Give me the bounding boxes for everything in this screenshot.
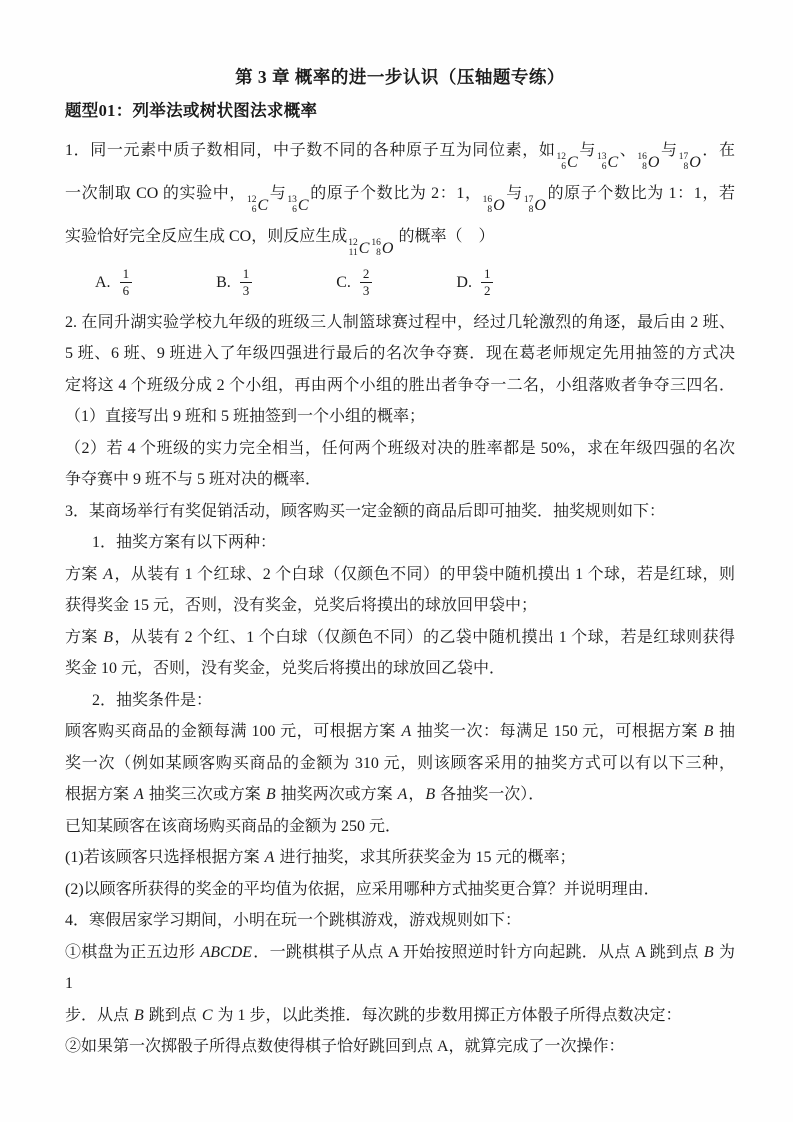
isotope-numbers: 168 bbox=[637, 153, 647, 173]
problem-3-rule-1: 1．抽奖方案有以下两种： bbox=[65, 527, 735, 559]
text-run: 步．从点 bbox=[65, 1007, 133, 1024]
fraction-denominator: 2 bbox=[481, 282, 494, 299]
fraction-numerator: 1 bbox=[240, 266, 253, 282]
option-label: C. bbox=[336, 274, 351, 292]
fraction-denominator: 6 bbox=[120, 282, 133, 299]
text-run: 与 bbox=[269, 185, 286, 202]
isotope-notation: 178O bbox=[524, 196, 546, 216]
problem-3-plan-a-line-2: 获得奖金 15 元，否则，没有奖金，兑奖后将摸出的球放回甲袋中； bbox=[65, 590, 735, 622]
text-run: 1．同一元素中质子数相同，中子数不同的各种原子互为同位素，如 bbox=[65, 142, 556, 159]
math-variable: A bbox=[397, 786, 409, 803]
text-run: 方案 bbox=[65, 629, 102, 646]
problem-3-cond-line-3: 根据方案 A 抽奖三次或方案 B 抽奖两次或方案 A，B 各抽奖一次）． bbox=[65, 779, 735, 811]
problem-4-rule-1-line-1: ①棋盘为正五边形 ABCDE．一跳棋棋子从点 A 开始按照逆时针方向起跳．从点 … bbox=[65, 937, 735, 1000]
text-run: ， bbox=[408, 786, 424, 803]
fraction: 13 bbox=[240, 266, 253, 300]
isotope-notation: 136C bbox=[597, 153, 618, 173]
problem-1-line-2: 一次制取 CO 的实验中，126C与136C的原子个数比为 2：1，168O与1… bbox=[65, 173, 735, 216]
text-run: 进行抽奖，求其所获奖金为 15 元的概率； bbox=[275, 849, 575, 866]
option-item-d: D.12 bbox=[456, 266, 493, 300]
problem-3-plan-b-line-1: 方案 B，从装有 2 个红、1 个白球（仅颜色不同）的乙袋中随机摸出 1 个球，… bbox=[65, 622, 735, 654]
math-variable: C bbox=[201, 1007, 214, 1024]
problem-2-part-1: （1）直接写出 9 班和 5 班抽签到一个小组的概率； bbox=[65, 401, 735, 433]
text-run: 与 bbox=[506, 185, 523, 202]
text-run: 获得奖金 15 元，否则，没有奖金，兑奖后将摸出的球放回甲袋中； bbox=[65, 597, 537, 614]
text-run: 的原子个数比为 1：1，若 bbox=[547, 185, 735, 202]
math-variable: A bbox=[400, 723, 412, 740]
math-variable: A bbox=[102, 566, 114, 583]
isotope-numbers: 126 bbox=[247, 196, 257, 216]
problem-3-known: 已知某顾客在该商场购买商品的金额为 250 元． bbox=[65, 811, 735, 843]
text-run: 3．某商场举行有奖促销活动，顾客购买一定金额的商品后即可抽奖．抽奖规则如下： bbox=[65, 503, 665, 520]
isotope-element: O bbox=[534, 198, 546, 214]
problem-2-line-3: 定将这 4 个班级分成 2 个小组，再由两个小组的胜出者争夺一二名，小组落败者争… bbox=[65, 370, 735, 402]
text-run: ．一跳棋棋子从点 A 开始按照逆时针方向起跳．从点 A 跳到点 bbox=[253, 944, 703, 961]
math-variable: B bbox=[265, 786, 277, 803]
problem-3-rule-2: 2．抽奖条件是： bbox=[65, 685, 735, 717]
text-run: 抽奖两次或方案 bbox=[277, 786, 397, 803]
isotope-notation: 136C bbox=[287, 196, 308, 216]
isotope-notation: 168O bbox=[483, 196, 505, 216]
isotope-numbers: 136 bbox=[287, 196, 297, 216]
fraction: 12 bbox=[481, 266, 494, 300]
text-run: 定将这 4 个班级分成 2 个小组，再由两个小组的胜出者争夺一二名，小组落败者争… bbox=[65, 377, 735, 394]
text-run: 实验恰好完全反应生成 CO，则反应生成 bbox=[65, 228, 347, 245]
problem-3-line-1: 3．某商场举行有奖促销活动，顾客购买一定金额的商品后即可抽奖．抽奖规则如下： bbox=[65, 496, 735, 528]
text-run: 抽奖三次或方案 bbox=[145, 786, 265, 803]
option-label: A. bbox=[95, 274, 111, 292]
isotope-element: C bbox=[298, 198, 309, 214]
isotope-numbers: 178 bbox=[679, 153, 689, 173]
problem-4-line-1: 4．寒假居家学习期间，小明在玩一个跳棋游戏，游戏规则如下： bbox=[65, 905, 735, 937]
isotope-element: C bbox=[607, 155, 618, 171]
option-item-c: C.23 bbox=[336, 266, 372, 300]
text-run: 的原子个数比为 2：1， bbox=[310, 185, 482, 202]
fraction-numerator: 2 bbox=[360, 266, 373, 282]
text-run: 奖一次（例如某顾客购买商品的金额为 310 元，则该顾客采用的抽奖方式可以有以下… bbox=[65, 755, 735, 772]
isotope-notation: 168O bbox=[371, 239, 393, 259]
document-page: 第 3 章 概率的进一步认识（压轴题专练） 题型01：列举法或树状图法求概率 1… bbox=[0, 0, 793, 1122]
problem-3-cond-line-1: 顾客购买商品的金额每满 100 元，可根据方案 A 抽奖一次：每满足 150 元… bbox=[65, 716, 735, 748]
problem-3-plan-b-line-2: 奖金 10 元，否则，没有奖金，兑奖后将摸出的球放回乙袋中． bbox=[65, 653, 735, 685]
fraction-numerator: 1 bbox=[120, 266, 133, 282]
isotope-element: O bbox=[382, 241, 394, 257]
document-title: 第 3 章 概率的进一步认识（压轴题专练） bbox=[65, 60, 735, 94]
text-run: ，从装有 1 个红球、2 个白球（仅颜色不同）的甲袋中随机摸出 1 个球，若是红… bbox=[114, 566, 735, 583]
option-label: B. bbox=[216, 274, 231, 292]
text-run: （1）直接写出 9 班和 5 班抽签到一个小组的概率； bbox=[65, 408, 425, 425]
problem-2-line-2: 5 班、6 班、9 班进入了年级四强进行最后的名次争夺赛．现在葛老师规定先用抽签… bbox=[65, 338, 735, 370]
text-run: 一次制取 CO 的实验中， bbox=[65, 185, 246, 202]
text-run: ，从装有 2 个红、1 个白球（仅颜色不同）的乙袋中随机摸出 1 个球，若是红球… bbox=[114, 629, 735, 646]
math-variable: B bbox=[102, 629, 114, 646]
text-run: 2．抽奖条件是： bbox=[92, 692, 212, 709]
problem-2-part-2-line-1: （2）若 4 个班级的实力完全相当，任何两个班级对决的胜率都是 50%，求在年级… bbox=[65, 433, 735, 465]
text-run: 抽 bbox=[714, 723, 735, 740]
text-run: 为 1 步，以此类推．每次跳的步数用掷正方体骰子所得点数决定： bbox=[213, 1007, 681, 1024]
text-run: ．在 bbox=[702, 142, 735, 159]
isotope-atomic-number: 8 bbox=[376, 249, 381, 259]
text-run: 已知某顾客在该商场购买商品的金额为 250 元． bbox=[65, 818, 401, 835]
isotope-numbers: 126 bbox=[557, 153, 567, 173]
problem-4-rule-1-line-2: 步．从点 B 跳到点 C 为 1 步，以此类推．每次跳的步数用掷正方体骰子所得点… bbox=[65, 1000, 735, 1032]
math-variable: B bbox=[703, 723, 715, 740]
isotope-notation: 126C bbox=[557, 153, 578, 173]
text-run: 各抽奖一次）． bbox=[436, 786, 544, 803]
isotope-atomic-number: 8 bbox=[529, 206, 534, 216]
isotope-notation: 178O bbox=[679, 153, 701, 173]
text-run: 与 bbox=[579, 142, 596, 159]
text-run: 5 班、6 班、9 班进入了年级四强进行最后的名次争夺赛．现在葛老师规定先用抽签… bbox=[65, 345, 735, 362]
math-variable: B bbox=[424, 786, 436, 803]
problem-1-line-3: 实验恰好完全反应生成 CO，则反应生成1211C168O 的概率（ ） bbox=[65, 216, 735, 259]
text-run: 争夺赛中 9 班不与 5 班对决的概率． bbox=[65, 471, 321, 488]
problem-2-line-1: 2. 在同升湖实验学校九年级的班级三人制篮球赛过程中，经过几轮激烈的角逐，最后由… bbox=[65, 307, 735, 339]
isotope-numbers: 178 bbox=[524, 196, 534, 216]
problem-4-rule-2: ②如果第一次掷骰子所得点数使得棋子恰好跳回到点 A，就算完成了一次操作： bbox=[65, 1031, 735, 1063]
fraction: 16 bbox=[120, 266, 133, 300]
isotope-numbers: 1211 bbox=[348, 239, 358, 259]
fraction-denominator: 3 bbox=[240, 282, 253, 299]
isotope-element: C bbox=[567, 155, 578, 171]
isotope-atomic-number: 8 bbox=[487, 206, 492, 216]
isotope-element: C bbox=[359, 241, 370, 257]
isotope-atomic-number: 8 bbox=[683, 163, 688, 173]
isotope-numbers: 136 bbox=[597, 153, 607, 173]
isotope-element: C bbox=[258, 198, 269, 214]
section-heading: 题型01：列举法或树状图法求概率 bbox=[65, 94, 735, 128]
text-run: 的概率（ ） bbox=[394, 228, 494, 245]
isotope-atomic-number: 8 bbox=[642, 163, 647, 173]
isotope-notation: 168O bbox=[637, 153, 659, 173]
isotope-atomic-number: 6 bbox=[561, 163, 566, 173]
option-label: D. bbox=[456, 274, 472, 292]
isotope-notation: 1211C bbox=[348, 239, 369, 259]
math-variable: ABCDE bbox=[199, 944, 253, 961]
fraction-denominator: 3 bbox=[360, 282, 373, 299]
text-run: 方案 bbox=[65, 566, 102, 583]
isotope-atomic-number: 11 bbox=[349, 249, 358, 259]
isotope-element: O bbox=[689, 155, 701, 171]
problem-1-line-1: 1．同一元素中质子数相同，中子数不同的各种原子互为同位素，如126C与136C、… bbox=[65, 130, 735, 173]
text-run: 4．寒假居家学习期间，小明在玩一个跳棋游戏，游戏规则如下： bbox=[65, 912, 521, 929]
text-run: 顾客购买商品的金额每满 100 元，可根据方案 bbox=[65, 723, 400, 740]
isotope-numbers: 168 bbox=[371, 239, 381, 259]
fraction-numerator: 1 bbox=[481, 266, 494, 282]
math-variable: B bbox=[703, 944, 715, 961]
text-run: (1)若该顾客只选择根据方案 bbox=[65, 849, 264, 866]
isotope-atomic-number: 6 bbox=[602, 163, 607, 173]
text-run: 根据方案 bbox=[65, 786, 133, 803]
text-run: 抽奖一次：每满足 150 元，可根据方案 bbox=[412, 723, 702, 740]
text-run: ②如果第一次掷骰子所得点数使得棋子恰好跳回到点 A，就算完成了一次操作： bbox=[65, 1038, 625, 1055]
text-run: 2. 在同升湖实验学校九年级的班级三人制篮球赛过程中，经过几轮激烈的角逐，最后由… bbox=[65, 314, 735, 331]
isotope-element: O bbox=[648, 155, 660, 171]
problem-3-cond-line-2: 奖一次（例如某顾客购买商品的金额为 310 元，则该顾客采用的抽奖方式可以有以下… bbox=[65, 748, 735, 780]
text-run: (2)以顾客所获得的奖金的平均值为依据，应采用哪种方式抽奖更合算？并说明理由． bbox=[65, 881, 660, 898]
problem-1-options: A.16B.13C.23D.12 bbox=[65, 259, 735, 307]
text-run: 跳到点 bbox=[145, 1007, 201, 1024]
option-item-b: B.13 bbox=[216, 266, 252, 300]
text-run: （2）若 4 个班级的实力完全相当，任何两个班级对决的胜率都是 50%，求在年级… bbox=[65, 440, 735, 457]
problem-3-part-2: (2)以顾客所获得的奖金的平均值为依据，应采用哪种方式抽奖更合算？并说明理由． bbox=[65, 874, 735, 906]
isotope-element: O bbox=[493, 198, 505, 214]
isotope-numbers: 168 bbox=[483, 196, 493, 216]
text-run: 、 bbox=[619, 142, 636, 159]
option-item-a: A.16 bbox=[95, 266, 132, 300]
document-body: 1．同一元素中质子数相同，中子数不同的各种原子互为同位素，如126C与136C、… bbox=[65, 130, 735, 1063]
math-variable: B bbox=[133, 1007, 145, 1024]
text-run: ①棋盘为正五边形 bbox=[65, 944, 199, 961]
fraction: 23 bbox=[360, 266, 373, 300]
isotope-atomic-number: 6 bbox=[252, 206, 257, 216]
math-variable: A bbox=[133, 786, 145, 803]
text-run: 奖金 10 元，否则，没有奖金，兑奖后将摸出的球放回乙袋中． bbox=[65, 660, 505, 677]
problem-3-part-1: (1)若该顾客只选择根据方案 A 进行抽奖，求其所获奖金为 15 元的概率； bbox=[65, 842, 735, 874]
isotope-atomic-number: 6 bbox=[292, 206, 297, 216]
math-variable: A bbox=[264, 849, 276, 866]
text-run: 与 bbox=[660, 142, 677, 159]
isotope-notation: 126C bbox=[247, 196, 268, 216]
problem-2-part-2-line-2: 争夺赛中 9 班不与 5 班对决的概率． bbox=[65, 464, 735, 496]
problem-3-plan-a-line-1: 方案 A，从装有 1 个红球、2 个白球（仅颜色不同）的甲袋中随机摸出 1 个球… bbox=[65, 559, 735, 591]
text-run: 1．抽奖方案有以下两种： bbox=[92, 534, 276, 551]
